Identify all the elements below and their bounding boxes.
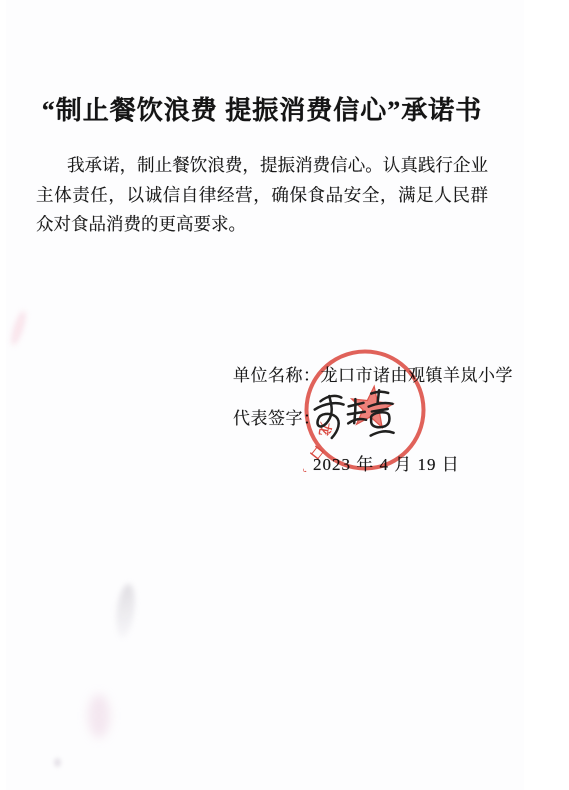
handwritten-signature — [307, 383, 411, 451]
document-title: “制止餐饮浪费 提振消费信心”承诺书 — [0, 90, 524, 127]
scanned-document-page: { "document": { "title": "“制止餐饮浪费 提振消费信心… — [0, 0, 569, 790]
commitment-paragraph: 我承诺，制止餐饮浪费，提振消费信心。认真践行企业主体责任，以诚信自律经营，确保食… — [36, 151, 488, 240]
